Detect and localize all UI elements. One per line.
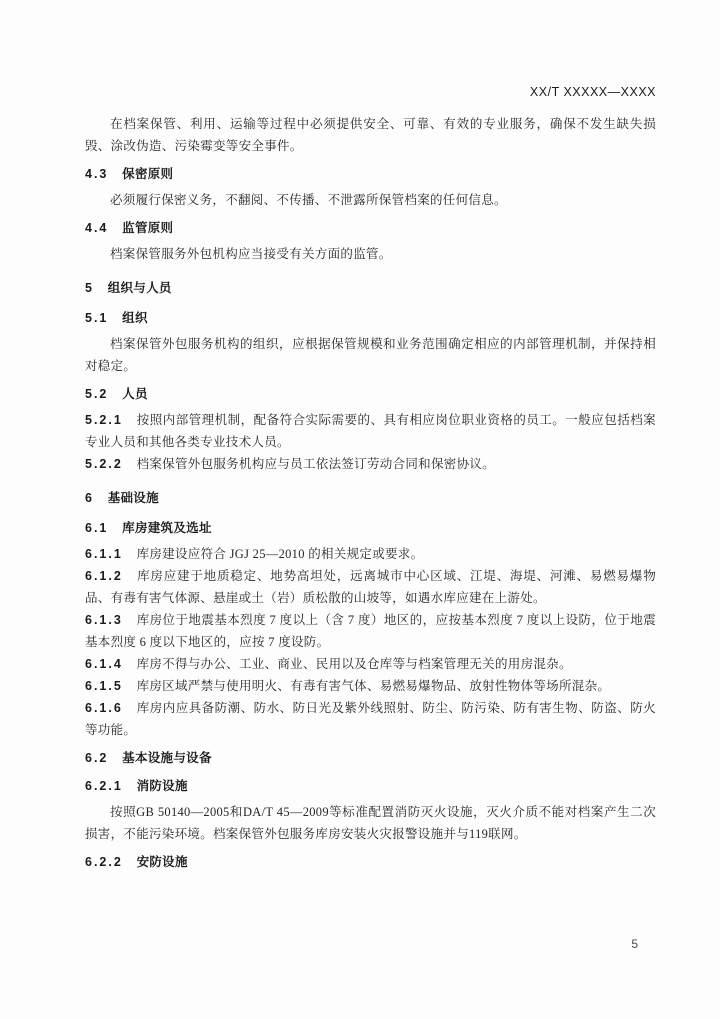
clause-number: 6.1.6 [85,701,123,715]
paragraph: 必须履行保密义务，不翻阅、不传播、不泄露所保管档案的任何信息。 [85,189,656,211]
clause-5-2-1: 5.2.1按照内部管理机制，配备符合实际需要的、具有相应岗位职业资格的员工。一般… [85,409,656,453]
section-heading-6-2-1: 6.2.1消防设施 [85,775,656,797]
section-number: 6.1 [85,521,108,535]
section-title: 人员 [122,387,148,401]
document-page: XX/T XXXXX—XXXX 在档案保管、利用、运输等过程中必须提供安全、可靠… [0,0,720,1019]
clause-text: 库房区域严禁与使用明火、有毒有害气体、易燃易爆物品、放射性物体等场所混杂。 [137,679,611,693]
section-heading-5-1: 5.1组织 [85,307,656,329]
clause-number: 6.1.5 [85,679,123,693]
section-title: 基本设施与设备 [122,751,212,765]
section-number: 5 [85,281,94,295]
clause-number: 5.2.2 [85,457,123,471]
clause-6-1-2: 6.1.2库房应建于地质稳定、地势高坦处，远离城市中心区域、江堤、海堤、河滩、易… [85,565,656,609]
section-heading-4-4: 4.4监管原则 [85,217,656,239]
clause-6-1-1: 6.1.1库房建设应符合 JGJ 25—2010 的相关规定或要求。 [85,543,656,565]
clause-number: 5.2.1 [85,413,123,427]
section-heading-6-2-2: 6.2.2安防设施 [85,851,656,873]
section-title: 基础设施 [108,491,159,505]
section-number: 4.4 [85,221,108,235]
clause-number: 6.1.4 [85,657,123,671]
clause-number: 6.1.3 [85,613,123,627]
clause-5-2-2: 5.2.2档案保管外包服务机构应与员工依法签订劳动合同和保密协议。 [85,453,656,475]
clause-6-1-3: 6.1.3库房位于地震基本烈度 7 度以上（含 7 度）地区的，应按基本烈度 7… [85,609,656,653]
section-title: 组织与人员 [108,281,172,295]
clause-text: 库房位于地震基本烈度 7 度以上（含 7 度）地区的，应按基本烈度 7 度以上设… [85,613,656,649]
section-number: 5.1 [85,311,108,325]
section-heading-6-2: 6.2基本设施与设备 [85,747,656,769]
section-heading-5: 5组织与人员 [85,277,656,299]
clause-6-1-4: 6.1.4库房不得与办公、工业、商业、民用以及仓库等与档案管理无关的用房混杂。 [85,653,656,675]
section-heading-6-1: 6.1库房建筑及选址 [85,517,656,539]
clause-text: 库房内应具备防潮、防水、防日光及紫外线照射、防尘、防污染、防有害生物、防盗、防火… [85,701,656,737]
clause-text: 按照内部管理机制，配备符合实际需要的、具有相应岗位职业资格的员工。一般应包括档案… [85,413,656,449]
clause-text: 库房建设应符合 JGJ 25—2010 的相关规定或要求。 [137,547,424,561]
section-title: 安防设施 [137,855,188,869]
clause-text: 档案保管外包服务机构应与员工依法签订劳动合同和保密协议。 [137,457,495,471]
section-heading-6: 6基础设施 [85,487,656,509]
clause-number: 6.1.2 [85,569,123,583]
clause-6-1-5: 6.1.5库房区域严禁与使用明火、有毒有害气体、易燃易爆物品、放射性物体等场所混… [85,675,656,697]
section-title: 监管原则 [122,221,173,235]
section-number: 5.2 [85,387,108,401]
clause-number: 6.1.1 [85,547,123,561]
paragraph: 档案保管外包服务机构的组织，应根据保管规模和业务范围确定相应的内部管理机制，并保… [85,333,656,377]
page-number: 5 [631,937,638,951]
section-title: 保密原则 [122,167,173,181]
section-number: 6.2 [85,751,108,765]
section-title: 库房建筑及选址 [122,521,212,535]
section-title: 组织 [122,311,148,325]
section-number: 6.2.1 [85,779,123,793]
section-heading-4-3: 4.3保密原则 [85,163,656,185]
paragraph: 在档案保管、利用、运输等过程中必须提供安全、可靠、有效的专业服务，确保不发生缺失… [85,113,656,157]
section-number: 6.2.2 [85,855,123,869]
clause-text: 库房应建于地质稳定、地势高坦处，远离城市中心区域、江堤、海堤、河滩、易燃易爆物品… [85,569,656,605]
clause-6-1-6: 6.1.6库房内应具备防潮、防水、防日光及紫外线照射、防尘、防污染、防有害生物、… [85,697,656,741]
clause-text: 库房不得与办公、工业、商业、民用以及仓库等与档案管理无关的用房混杂。 [137,657,572,671]
section-number: 6 [85,491,94,505]
section-title: 消防设施 [137,779,188,793]
section-heading-5-2: 5.2人员 [85,383,656,405]
paragraph: 档案保管服务外包机构应当接受有关方面的监管。 [85,243,656,265]
section-number: 4.3 [85,167,108,181]
standard-code-header: XX/T XXXXX—XXXX [85,85,656,100]
paragraph: 按照GB 50140—2005和DA/T 45—2009等标准配置消防灭火设施，… [85,801,656,845]
